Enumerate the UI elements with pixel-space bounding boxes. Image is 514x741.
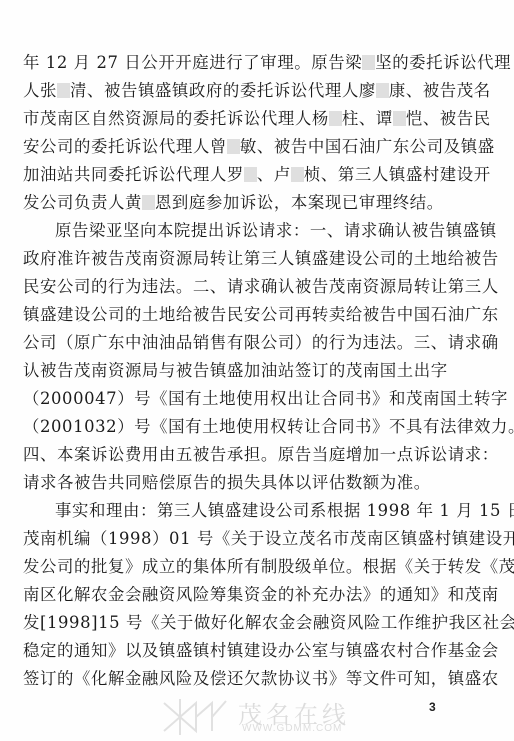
text-line: 年 12 月 27 日公开开庭进行了审理。原告梁坚的委托诉讼代理 [23, 52, 443, 74]
text-segment: 请求各被告共同赔偿原告的损失具体以评估数额为准。 [23, 473, 431, 492]
text-segment: 康、被告茂名 [389, 81, 491, 100]
text-segment: 认被告茂南资源局与被告镇盛加油站签订的茂南国土出字 [23, 361, 448, 380]
text-segment: 茂南机编（1998）01 号《关于设立茂名市茂南区镇盛村镇建设开 [23, 529, 514, 548]
text-line: 公司（原广东中油油品销售有限公司）的行为违法。三、请求确 [23, 332, 443, 354]
redaction-box [244, 167, 257, 182]
watermark: 茂名在线 WWW.GDMM.COM [160, 695, 360, 737]
text-line: 安公司的委托诉讼代理人曾敏、被告中国石油广东公司及镇盛 [23, 136, 443, 158]
text-line: （2001032）号《国有土地使用权转让合同书》不具有法律效力。 [23, 416, 443, 438]
text-segment: 、卢 [257, 165, 291, 184]
text-line: 南区化解农金会融资风险筹集资金的补充办法》的通知》和茂南 [23, 584, 443, 606]
redaction-box [142, 195, 155, 210]
page-number: 3 [429, 700, 436, 714]
document-page: 年 12 月 27 日公开开庭进行了审理。原告梁坚的委托诉讼代理人张清、被告镇盛… [0, 0, 514, 741]
text-line: 发[1998]15 号《关于做好化解农金会融资风险工作维护我区社会 [23, 612, 443, 634]
redaction-box [393, 111, 406, 126]
text-line: 原告梁亚坚向本院提出诉讼请求：一、请求确认被告镇盛镇 [55, 220, 443, 242]
text-line: 稳定的通知》以及镇盛镇村镇建设办公室与镇盛农村合作基金会 [23, 640, 443, 662]
text-line: 认被告茂南资源局与被告镇盛加油站签订的茂南国土出字 [23, 360, 443, 382]
text-segment: 恩到庭参加诉讼，本案现已审理终结。 [155, 193, 444, 212]
text-segment: 原告梁亚坚向本院提出诉讼请求：一、请求确认被告镇盛镇 [55, 221, 497, 240]
text-segment: 坚的委托诉讼代理 [375, 53, 511, 72]
text-segment: 民安公司的行为违法。二、请求确认被告茂南资源局转让第三人 [23, 277, 499, 296]
text-line: 茂南机编（1998）01 号《关于设立茂名市茂南区镇盛村镇建设开 [23, 528, 443, 550]
text-segment: 桢、第三人镇盛村建设开 [304, 165, 491, 184]
text-segment: （2001032）号《国有土地使用权转让合同书》不具有法律效力。 [23, 417, 514, 436]
text-segment: 南区化解农金会融资风险筹集资金的补充办法》的通知》和茂南 [23, 585, 499, 604]
text-segment: 签订的《化解金融风险及偿还欠款协议书》等文件可知，镇盛农 [23, 669, 499, 688]
text-line: 发公司负责人黄恩到庭参加诉讼，本案现已审理终结。 [23, 192, 443, 214]
text-line: 发公司的批复》成立的集体所有制股级单位。根据《关于转发《茂 [23, 556, 443, 578]
text-segment: 恺、被告民 [406, 109, 491, 128]
text-line: （2000047）号《国有土地使用权出让合同书》和茂南国土转字 [23, 388, 443, 410]
text-line: 加油站共同委托诉讼代理人罗、卢桢、第三人镇盛村建设开 [23, 164, 443, 186]
text-segment: 加油站共同委托诉讼代理人罗 [23, 165, 244, 184]
text-segment: 四、本案诉讼费用由五被告承担。原告当庭增加一点诉讼请求： [23, 445, 499, 464]
text-segment: 稳定的通知》以及镇盛镇村镇建设办公室与镇盛农村合作基金会 [23, 641, 499, 660]
text-segment: 清、被告镇盛镇政府的委托诉讼代理人廖 [70, 81, 376, 100]
redaction-box [291, 167, 304, 182]
text-segment: 公司（原广东中油油品销售有限公司）的行为违法。三、请求确 [23, 333, 499, 352]
text-segment: 发公司的批复》成立的集体所有制股级单位。根据《关于转发《茂 [23, 557, 514, 576]
text-segment: 人张 [23, 81, 57, 100]
redaction-box [227, 139, 240, 154]
text-segment: 安公司的委托诉讼代理人曾 [23, 137, 227, 156]
text-segment: 政府准许被告茂南资源局转让第三人镇盛建设公司的土地给被告 [23, 249, 499, 268]
text-line: 四、本案诉讼费用由五被告承担。原告当庭增加一点诉讼请求： [23, 444, 443, 466]
text-segment: （2000047）号《国有土地使用权出让合同书》和茂南国土转字 [23, 389, 508, 408]
text-line: 请求各被告共同赔偿原告的损失具体以评估数额为准。 [23, 472, 443, 494]
text-segment: 镇盛建设公司的土地给被告民安公司再转卖给被告中国石油广东 [23, 305, 499, 324]
text-segment: 年 12 月 27 日公开开庭进行了审理。原告梁 [23, 53, 362, 72]
text-line: 政府准许被告茂南资源局转让第三人镇盛建设公司的土地给被告 [23, 248, 443, 270]
text-segment: 敏、被告中国石油广东公司及镇盛 [240, 137, 495, 156]
watermark-url: WWW.GDMM.COM [242, 723, 342, 734]
redaction-box [362, 55, 375, 70]
text-line: 民安公司的行为违法。二、请求确认被告茂南资源局转让第三人 [23, 276, 443, 298]
text-line: 人张清、被告镇盛镇政府的委托诉讼代理人廖康、被告茂名 [23, 80, 443, 102]
text-line: 事实和理由：第三人镇盛建设公司系根据 1998 年 1 月 15 日 [55, 500, 443, 522]
text-line: 市茂南区自然资源局的委托诉讼代理人杨柱、谭恺、被告民 [23, 108, 443, 130]
text-line: 签订的《化解金融风险及偿还欠款协议书》等文件可知，镇盛农 [23, 668, 443, 690]
redaction-box [329, 111, 342, 126]
redaction-box [376, 83, 389, 98]
text-line: 镇盛建设公司的土地给被告民安公司再转卖给被告中国石油广东 [23, 304, 443, 326]
watermark-logo-icon [160, 695, 232, 737]
text-segment: 发[1998]15 号《关于做好化解农金会融资风险工作维护我区社会 [23, 613, 514, 632]
text-segment: 发公司负责人黄 [23, 193, 142, 212]
text-segment: 市茂南区自然资源局的委托诉讼代理人杨 [23, 109, 329, 128]
text-segment: 事实和理由：第三人镇盛建设公司系根据 1998 年 1 月 15 日 [55, 501, 514, 520]
redaction-box [57, 83, 70, 98]
text-segment: 柱、谭 [342, 109, 393, 128]
